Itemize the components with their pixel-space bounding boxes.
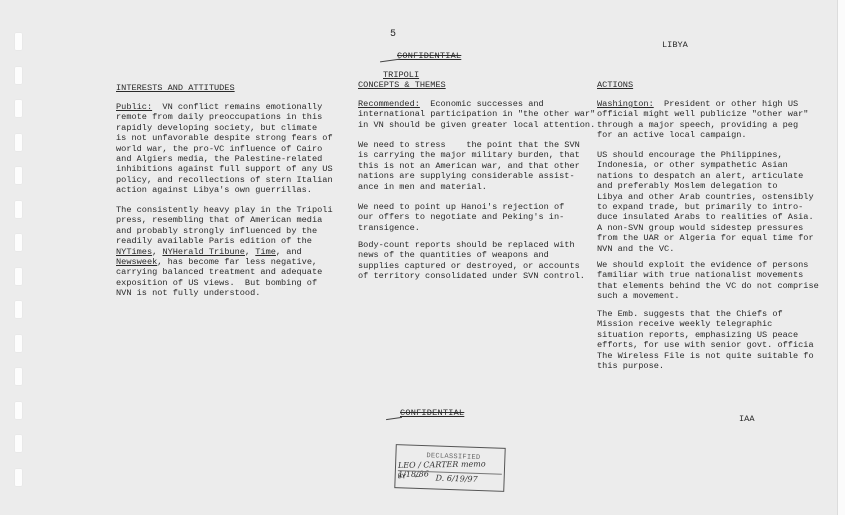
concepts-paragraph-stress: We need to stress the point that the SVN…	[358, 140, 580, 192]
perforation-hole	[15, 435, 22, 452]
perforation-hole	[15, 167, 22, 184]
recommended-label: Recommended:	[358, 99, 420, 109]
perforation-hole	[15, 100, 22, 117]
perforation-hole	[15, 134, 22, 151]
country-label: LIBYA	[662, 40, 688, 50]
concepts-heading: CONCEPTS & THEMES	[358, 80, 446, 90]
publication-newsweek: Newsweek	[116, 257, 157, 267]
concepts-paragraph-hanoi: We need to point up Hanoi's rejection of…	[358, 202, 564, 233]
typist-initials: IAA	[739, 414, 754, 424]
actions-paragraph-embassy: The Emb. suggests that the Chiefs of Mis…	[597, 309, 814, 371]
actions-paragraph-nationalist: We should exploit the evidence of person…	[597, 260, 819, 302]
classification-strike-mark	[386, 417, 402, 420]
page-number: 5	[390, 29, 396, 40]
interests-heading: INTERESTS AND ATTITUDES	[116, 83, 235, 93]
perforation-hole	[15, 33, 22, 50]
perforation-hole	[15, 469, 22, 486]
perforation-hole	[15, 67, 22, 84]
interests-paragraph-public: Public: VN conflict remains emotionally …	[116, 102, 333, 196]
concepts-paragraph-recommended: Recommended: Economic successes and inte…	[358, 99, 595, 130]
stamp-by-label: BY	[398, 473, 407, 481]
public-label: Public:	[116, 102, 152, 112]
page-edge	[837, 0, 845, 515]
concepts-paragraph-body-count: Body-count reports should be replaced wi…	[358, 240, 585, 282]
stamp-date: D. 6/19/97	[435, 474, 477, 484]
stamp-by-initials: ~	[414, 472, 421, 481]
perforation-hole	[15, 234, 22, 251]
publication-time: Time	[255, 247, 276, 257]
washington-label: Washington:	[597, 99, 654, 109]
perforation-strip	[15, 0, 23, 515]
perforation-hole	[15, 201, 22, 218]
document-page: 5 CONFIDENTIAL LIBYA INTERESTS AND ATTIT…	[0, 0, 838, 515]
perforation-hole	[15, 268, 22, 285]
interests-paragraph-press: The consistently heavy play in the Tripo…	[116, 205, 333, 299]
classification-bottom: CONFIDENTIAL	[400, 408, 464, 418]
perforation-hole	[15, 402, 22, 419]
perforation-hole	[15, 368, 22, 385]
perforation-hole	[15, 335, 22, 352]
declassification-stamp: DECLASSIFIED LEO / CARTER memo 1/18/86 B…	[394, 444, 505, 492]
publication-nytimes: NYTimes	[116, 247, 152, 257]
perforation-hole	[15, 301, 22, 318]
classification-top: CONFIDENTIAL	[397, 51, 461, 61]
city-title: TRIPOLI	[383, 70, 419, 80]
actions-paragraph-washington: Washington: President or other high US o…	[597, 99, 808, 141]
publication-nyherald-tribune: NYHerald Tribune	[162, 247, 245, 257]
actions-heading: ACTIONS	[597, 80, 633, 90]
actions-paragraph-delegation: US should encourage the Philippines, Ind…	[597, 150, 814, 254]
